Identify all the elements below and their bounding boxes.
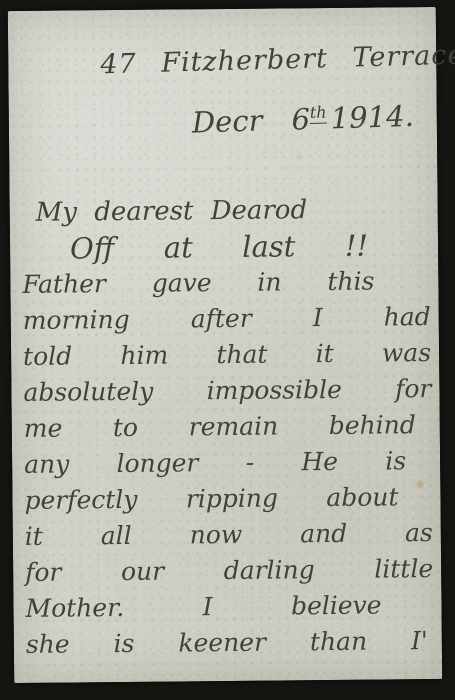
letter-line: morning after I had (23, 299, 431, 339)
paper-stain (295, 154, 302, 161)
letter-line: perfectly ripping about (24, 479, 432, 519)
letter-scan: 47 Fitzherbert Terrace Decr 6th1914. My … (0, 0, 455, 700)
date-line: Decr 6th1914. (191, 99, 414, 140)
letter-line: Off at last !! (22, 227, 430, 267)
letter-line: me to remain behind (24, 407, 432, 447)
date-ordinal: th (310, 103, 327, 125)
letter-line: for our darling little (25, 551, 433, 591)
letter-line: any longer - He is (24, 443, 432, 483)
letter-line: Father gave in this (22, 263, 430, 303)
date-year: 1914. (330, 99, 414, 136)
letter-line: she is keener than I' (26, 623, 434, 663)
date-day: Decr 6 (191, 102, 310, 140)
letter-line: Mother. I believe (25, 587, 433, 627)
letter-page: 47 Fitzherbert Terrace Decr 6th1914. My … (8, 7, 442, 683)
address-line: 47 Fitzherbert Terrace (100, 40, 455, 81)
letter-line: it all now and as (25, 515, 433, 555)
letter-line: absolutely impossible for (23, 371, 431, 411)
letter-line: told him that it was (23, 335, 431, 375)
letter-body: My dearest Dearod Off at last !! Father … (22, 191, 434, 663)
salutation-line: My dearest Dearod (22, 191, 430, 231)
